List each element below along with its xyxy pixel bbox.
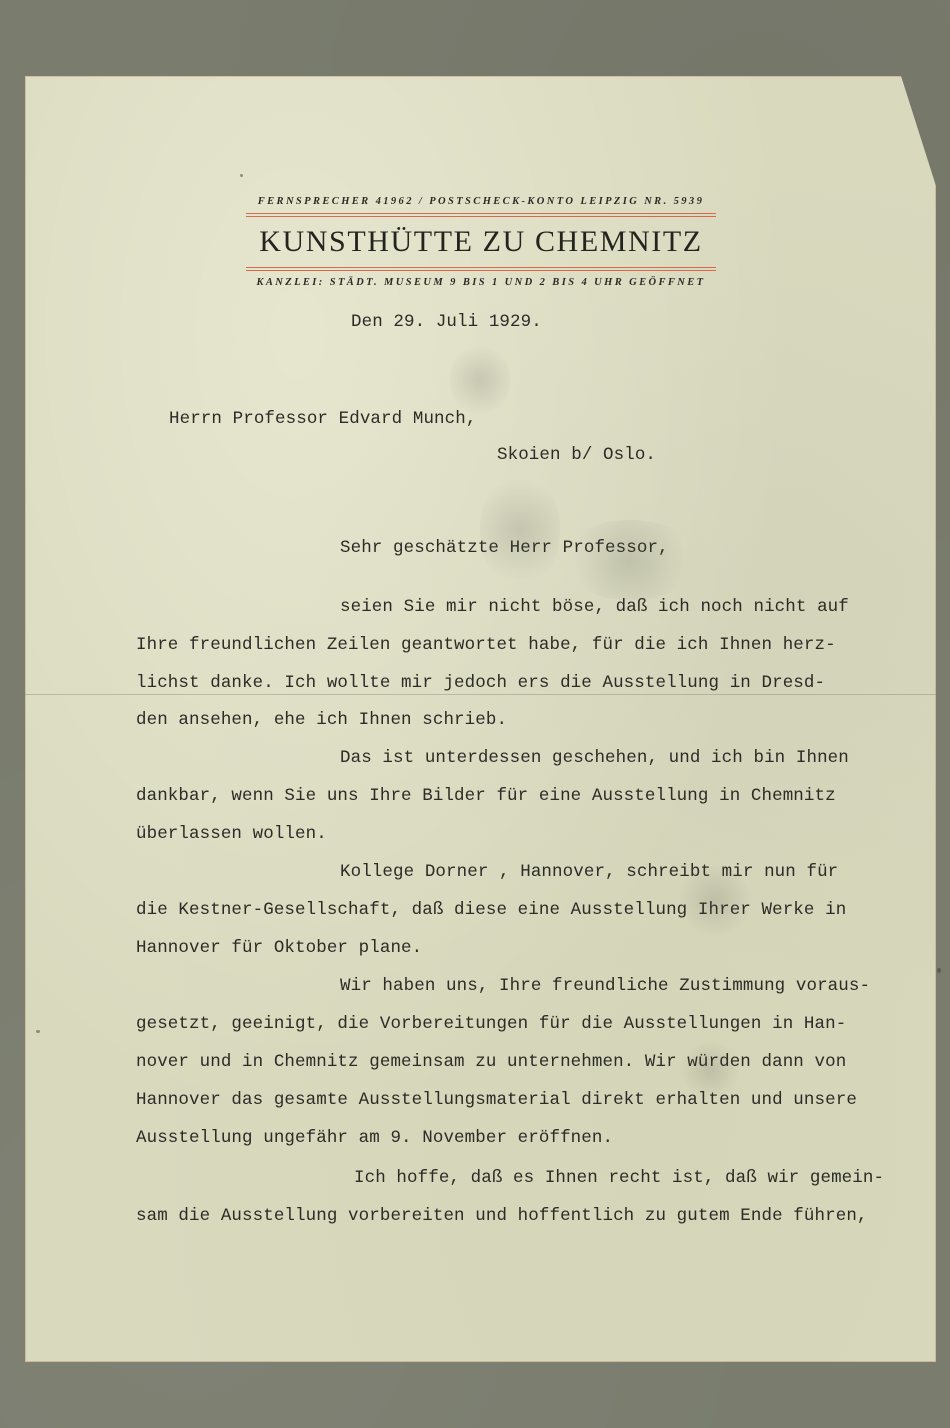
body-line: Ihre freundlichen Zeilen geantwortet hab… bbox=[136, 635, 836, 655]
body-line: überlassen wollen. bbox=[136, 824, 327, 844]
letter-date: Den 29. Juli 1929. bbox=[351, 312, 542, 332]
body-line: Ich hoffe, daß es Ihnen recht ist, daß w… bbox=[354, 1168, 884, 1188]
body-line: sam die Ausstellung vorbereiten und hoff… bbox=[136, 1206, 868, 1226]
body-line: Ausstellung ungefähr am 9. November eröf… bbox=[136, 1128, 613, 1148]
letterhead-office-hours: KANZLEI: STÄDT. MUSEUM 9 BIS 1 UND 2 BIS… bbox=[246, 277, 716, 288]
body-line: Kollege Dorner , Hannover, schreibt mir … bbox=[340, 862, 838, 882]
recipient-name: Herrn Professor Edvard Munch, bbox=[169, 409, 476, 429]
speck bbox=[240, 174, 243, 177]
speck bbox=[36, 1030, 40, 1033]
letterhead-rule-bottom bbox=[246, 267, 716, 271]
letterhead: FERNSPRECHER 41962 / POSTSCHECK-KONTO LE… bbox=[246, 196, 716, 288]
recipient-place: Skoien b/ Oslo. bbox=[497, 445, 656, 465]
body-line: Das ist unterdessen geschehen, und ich b… bbox=[340, 748, 849, 768]
body-line: Wir haben uns, Ihre freundliche Zustimmu… bbox=[340, 976, 870, 996]
body-line: dankbar, wenn Sie uns Ihre Bilder für ei… bbox=[136, 786, 836, 806]
letterhead-contact-line: FERNSPRECHER 41962 / POSTSCHECK-KONTO LE… bbox=[246, 196, 716, 207]
body-line: seien Sie mir nicht böse, daß ich noch n… bbox=[340, 597, 849, 617]
ink-speckle-stain bbox=[680, 1040, 740, 1100]
letterhead-organization: KUNSTHÜTTE ZU CHEMNITZ bbox=[246, 217, 716, 267]
speck bbox=[937, 968, 941, 973]
paper-fold-line bbox=[25, 694, 936, 695]
body-line: Hannover das gesamte Ausstellungsmateria… bbox=[136, 1090, 857, 1110]
body-line: den ansehen, ehe ich Ihnen schrieb. bbox=[136, 710, 507, 730]
body-line: gesetzt, geeinigt, die Vorbereitungen fü… bbox=[136, 1014, 846, 1034]
ink-speckle-stain bbox=[450, 340, 510, 420]
body-line: lichst danke. Ich wollte mir jedoch ers … bbox=[136, 673, 825, 693]
body-line: Hannover für Oktober plane. bbox=[136, 938, 422, 958]
ink-speckle-stain bbox=[480, 470, 560, 590]
ink-speckle-stain bbox=[680, 860, 750, 940]
ink-speckle-stain bbox=[560, 520, 700, 600]
